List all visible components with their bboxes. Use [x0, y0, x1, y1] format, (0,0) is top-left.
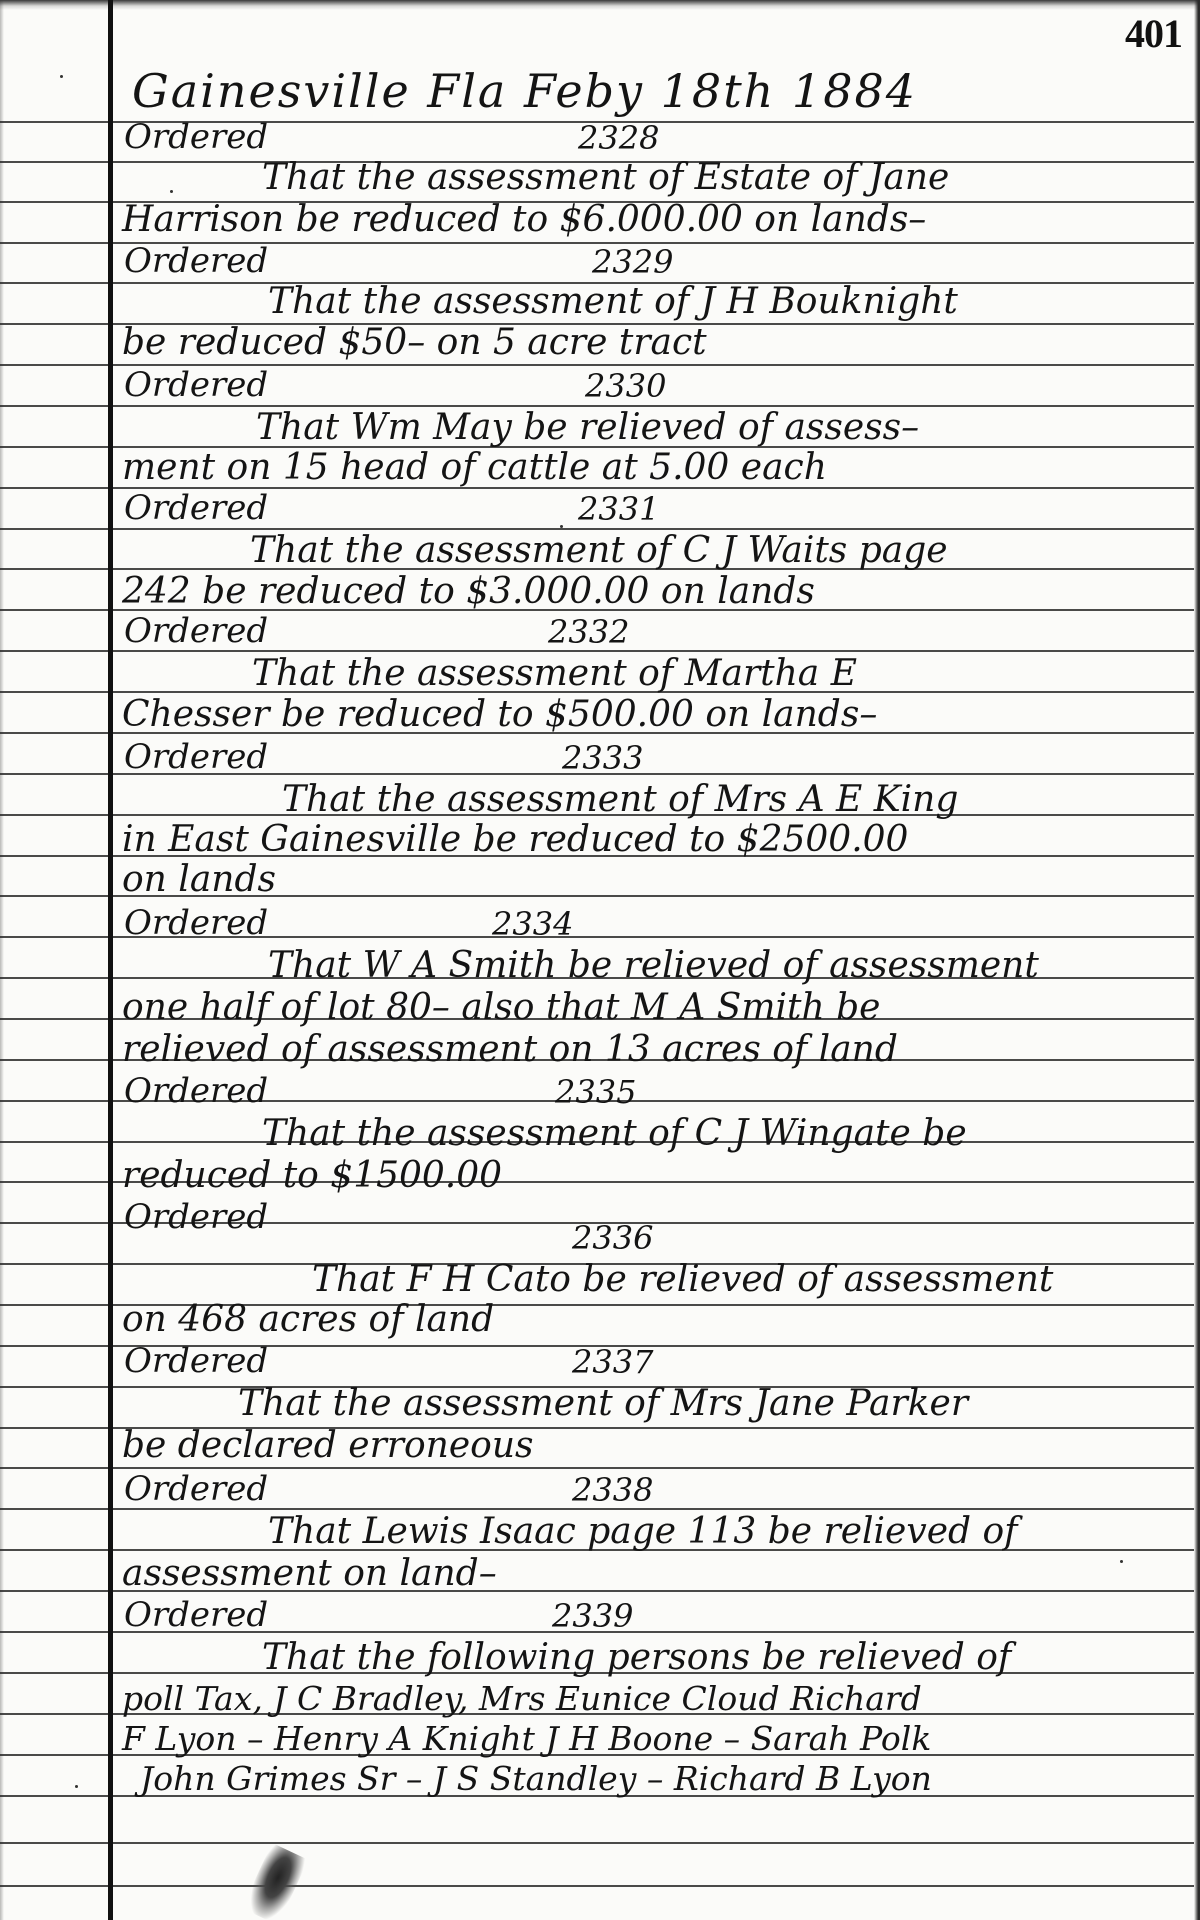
- page-heading: Gainesville Fla Feby 18th 1884: [132, 68, 917, 114]
- entry-text-line: That the assessment of C J Waits page: [250, 533, 948, 569]
- entry-number: 2330: [585, 370, 666, 402]
- scan-speck: [60, 75, 63, 78]
- entry-number: 2334: [492, 908, 573, 940]
- entry-text-line: That the assessment of C J Wingate be: [262, 1116, 967, 1152]
- entry-number: 2339: [552, 1600, 633, 1632]
- entry-text-line: on lands: [122, 862, 276, 898]
- entry-number: 2337: [572, 1346, 653, 1378]
- entry-text-line: on 468 acres of land: [122, 1302, 494, 1338]
- entry-label: Ordered: [124, 740, 268, 774]
- page-number: 401: [1125, 10, 1182, 57]
- entry-text-line: John Grimes Sr – J S Standley – Richard …: [140, 1762, 932, 1795]
- scan-speck: [1120, 1560, 1123, 1563]
- entry-text-line: That Lewis Isaac page 113 be relieved of: [268, 1514, 1017, 1550]
- entry-text-line: That F H Cato be relieved of assessment: [312, 1262, 1053, 1298]
- entry-text-line: That the following persons be relieved o…: [262, 1640, 1011, 1676]
- ledger-page: 401 Gainesville Fla Feby 18th 1884 Order…: [0, 0, 1200, 1920]
- entry-number: 2338: [572, 1474, 653, 1506]
- entry-text-line: That the assessment of J H Bouknight: [268, 284, 958, 320]
- entry-text-line: That the assessment of Mrs A E King: [282, 782, 958, 818]
- entry-label: Ordered: [124, 1074, 268, 1108]
- entry-text-line: That Wm May be relieved of assess–: [256, 410, 919, 446]
- scan-top-edge: [0, 0, 1200, 10]
- margin-rule: [108, 0, 113, 1920]
- entry-number: 2329: [592, 246, 673, 278]
- entry-text-line: one half of lot 80– also that M A Smith …: [122, 990, 880, 1026]
- entry-label: Ordered: [124, 244, 268, 278]
- entry-label: Ordered: [124, 906, 268, 940]
- scan-speck: [75, 1785, 78, 1788]
- entry-label: Ordered: [124, 1344, 268, 1378]
- entry-text-line: That the assessment of Mrs Jane Parker: [238, 1386, 968, 1422]
- entry-text-line: poll Tax, J C Bradley, Mrs Eunice Cloud …: [122, 1682, 922, 1715]
- entry-text-line: be declared erroneous: [122, 1428, 534, 1464]
- ruled-line: [0, 1842, 1194, 1844]
- entry-text-line: be reduced $50– on 5 acre tract: [122, 325, 707, 361]
- entry-text-line: That W A Smith be relieved of assessment: [268, 948, 1039, 984]
- scan-speck: [560, 525, 563, 528]
- entry-text-line: assessment on land–: [122, 1556, 497, 1592]
- entry-text-line: 242 be reduced to $3.000.00 on lands: [122, 574, 815, 610]
- ruled-line: [0, 1885, 1194, 1887]
- entry-label: Ordered: [124, 1472, 268, 1506]
- entry-text-line: reduced to $1500.00: [122, 1158, 502, 1194]
- entry-text-line: F Lyon – Henry A Knight J H Boone – Sara…: [122, 1722, 931, 1755]
- scan-speck: [170, 190, 173, 193]
- entry-label: Ordered: [124, 1200, 268, 1234]
- entry-text-line: ment on 15 head of cattle at 5.00 each: [122, 450, 827, 486]
- entry-text-line: Harrison be reduced to $6.000.00 on land…: [122, 202, 926, 238]
- entry-text-line: in East Gainesville be reduced to $2500.…: [122, 822, 908, 858]
- entry-number: 2331: [578, 493, 659, 525]
- entry-label: Ordered: [124, 120, 268, 154]
- entry-label: Ordered: [124, 1598, 268, 1632]
- scan-right-edge: [1194, 0, 1200, 1920]
- ink-blot: [242, 1843, 309, 1920]
- entry-label: Ordered: [124, 614, 268, 648]
- entry-number: 2336: [572, 1222, 653, 1254]
- entry-text-line: That the assessment of Estate of Jane: [262, 160, 949, 196]
- entry-text-line: relieved of assessment on 13 acres of la…: [122, 1032, 898, 1068]
- entry-number: 2332: [548, 616, 629, 648]
- entry-number: 2328: [578, 122, 659, 154]
- entry-label: Ordered: [124, 368, 268, 402]
- entry-number: 2335: [555, 1076, 636, 1108]
- entry-text-line: That the assessment of Martha E: [252, 656, 857, 692]
- entry-text-line: Chesser be reduced to $500.00 on lands–: [122, 697, 877, 733]
- entry-label: Ordered: [124, 491, 268, 525]
- entry-number: 2333: [562, 742, 643, 774]
